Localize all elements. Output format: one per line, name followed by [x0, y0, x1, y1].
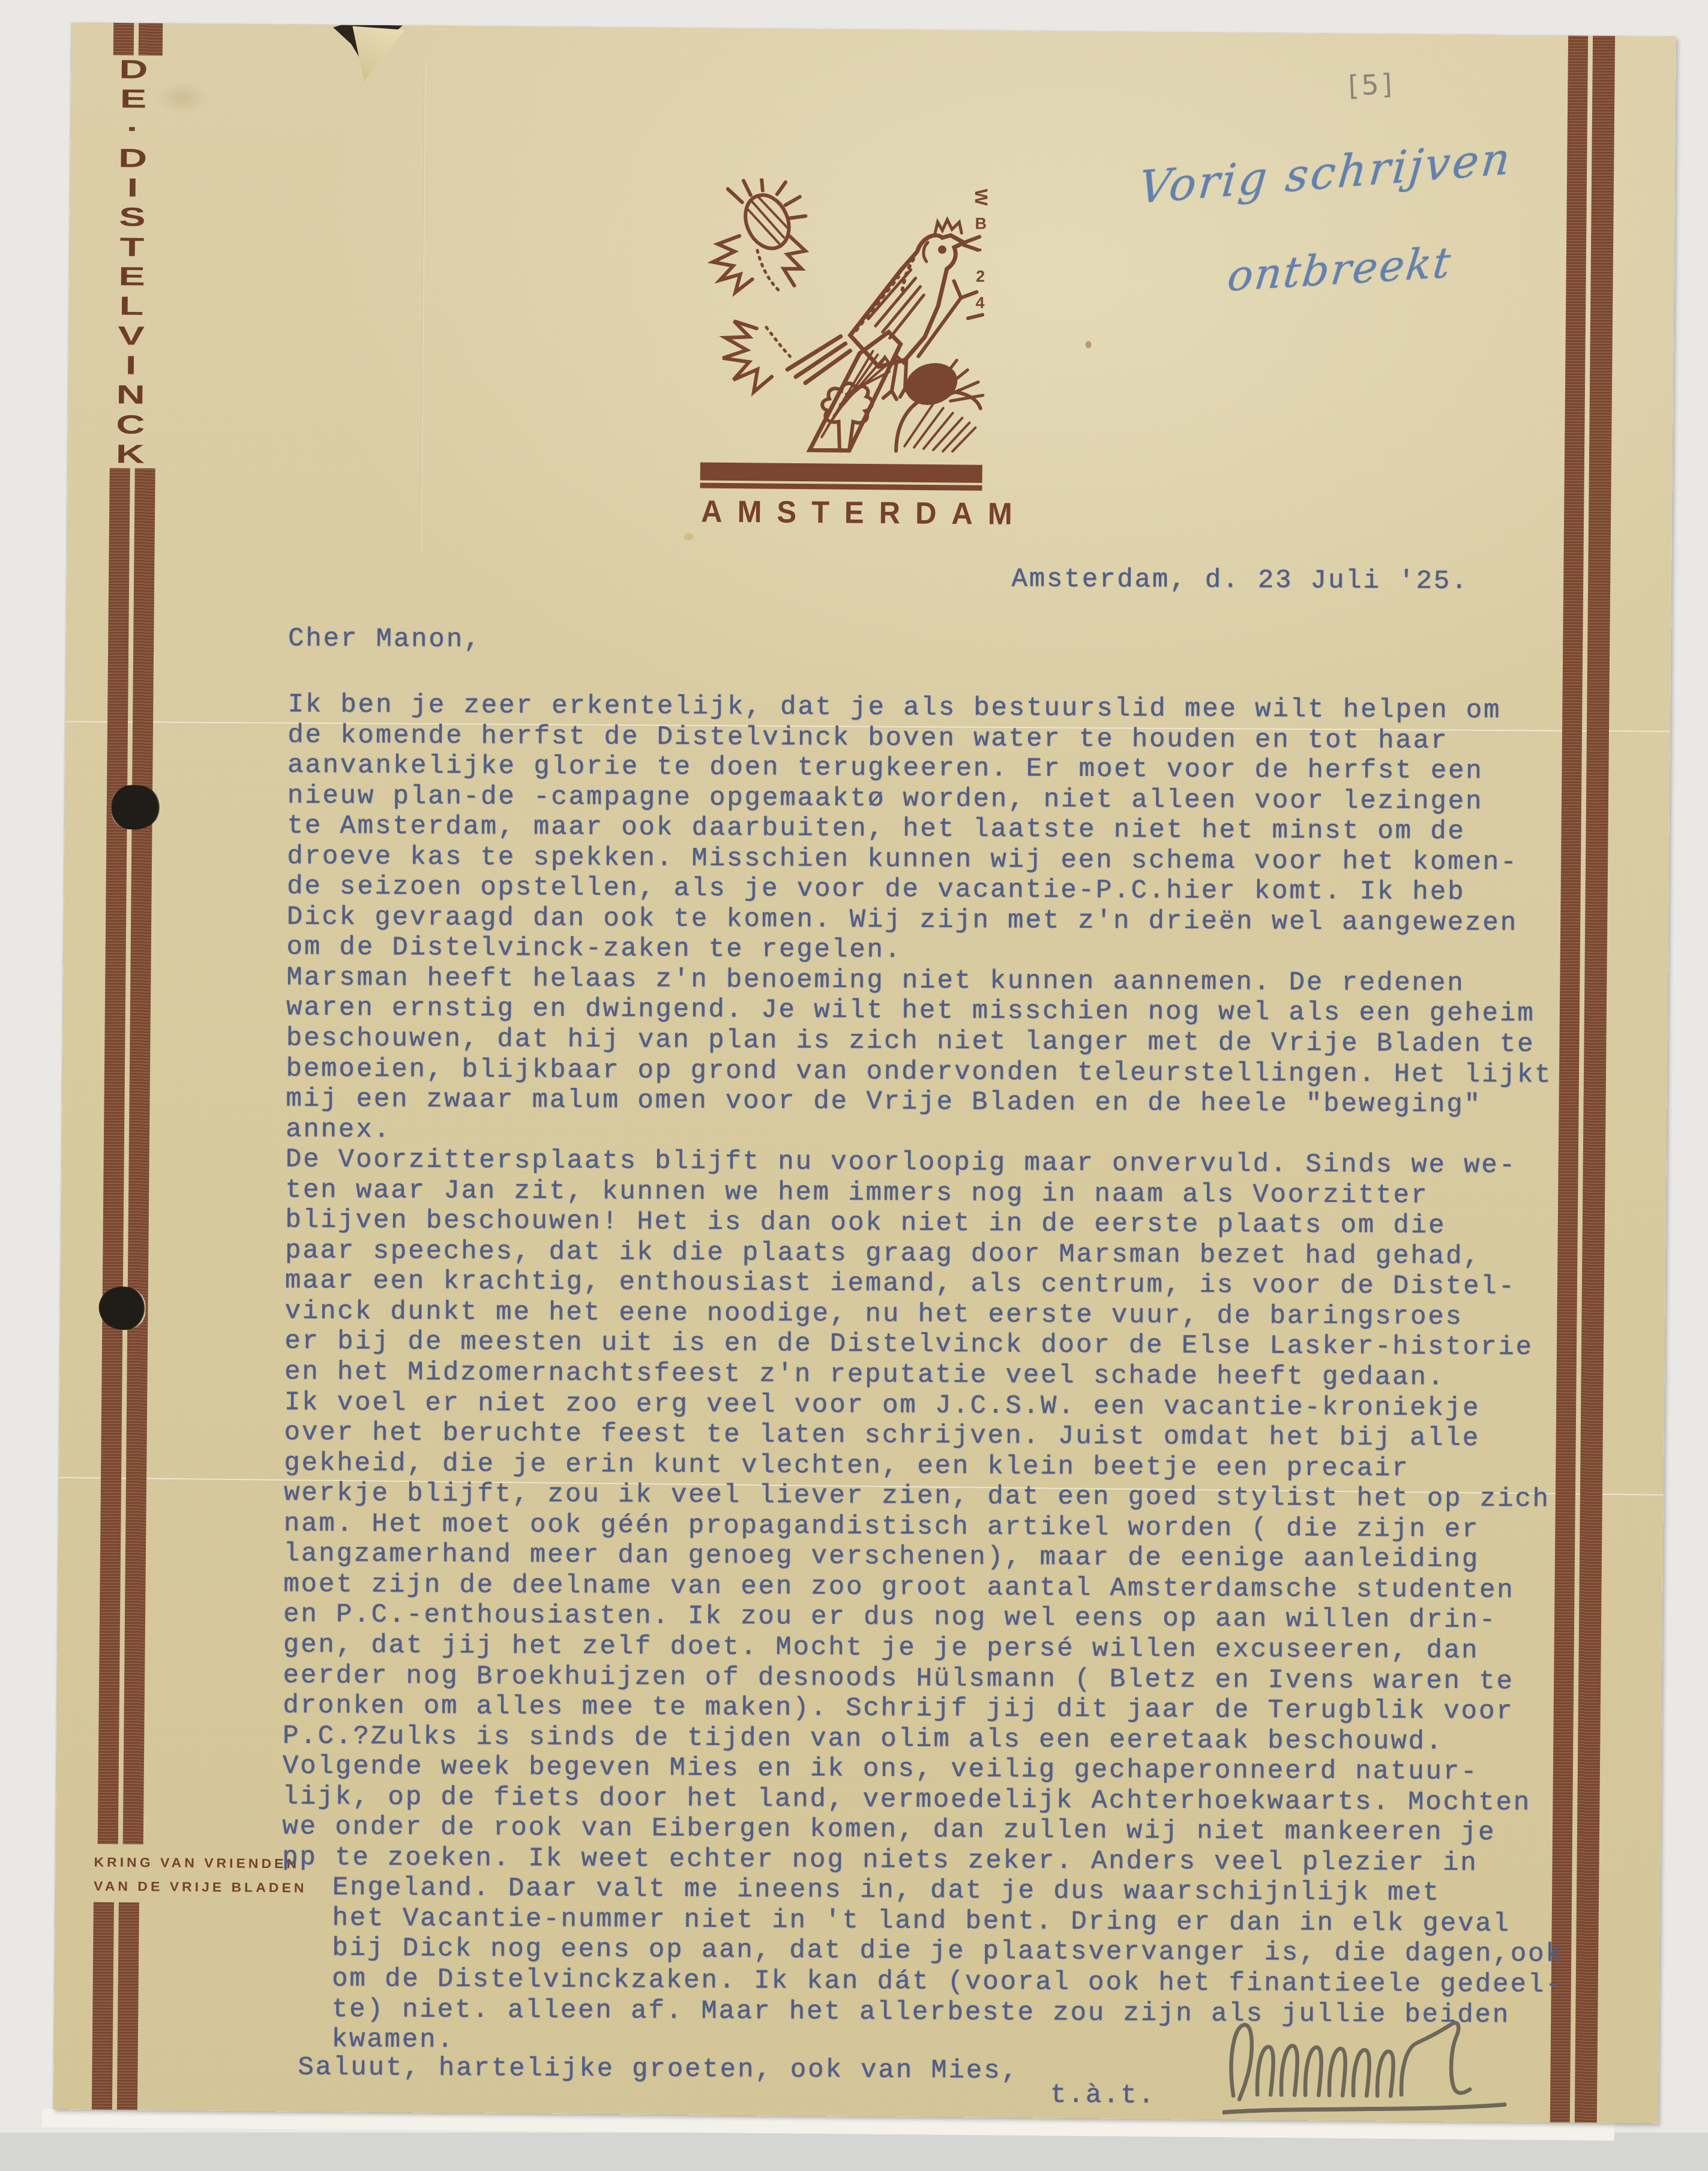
typed-line: om de Distelvinckzaken. Ik kan dát (voor…: [332, 1964, 1563, 2001]
dateline: Amsterdam, d. 23 Juli '25.: [1011, 564, 1469, 596]
salutation: Cher Manon,: [288, 624, 482, 655]
closing-line: Saluut, hartelijke groeten, ook van Mies…: [298, 2053, 1019, 2086]
page-number-marker: [5]: [1347, 68, 1395, 102]
signature-scrawl: [1222, 2004, 1518, 2123]
valediction: t.à.t.: [1050, 2080, 1156, 2111]
letter-sheet: DE·DISTELVINCK KRING VAN VRIENDEN VAN DE…: [53, 22, 1676, 2123]
typed-content: Amsterdam, d. 23 Juli '25. Cher Manon, I…: [59, 23, 1674, 2118]
typed-line: mij een zwaar malum omen voor de Vrije B…: [286, 1084, 1568, 1121]
letter-body: Ik ben je zeer erkentelijk, dat je als b…: [281, 690, 1569, 2061]
